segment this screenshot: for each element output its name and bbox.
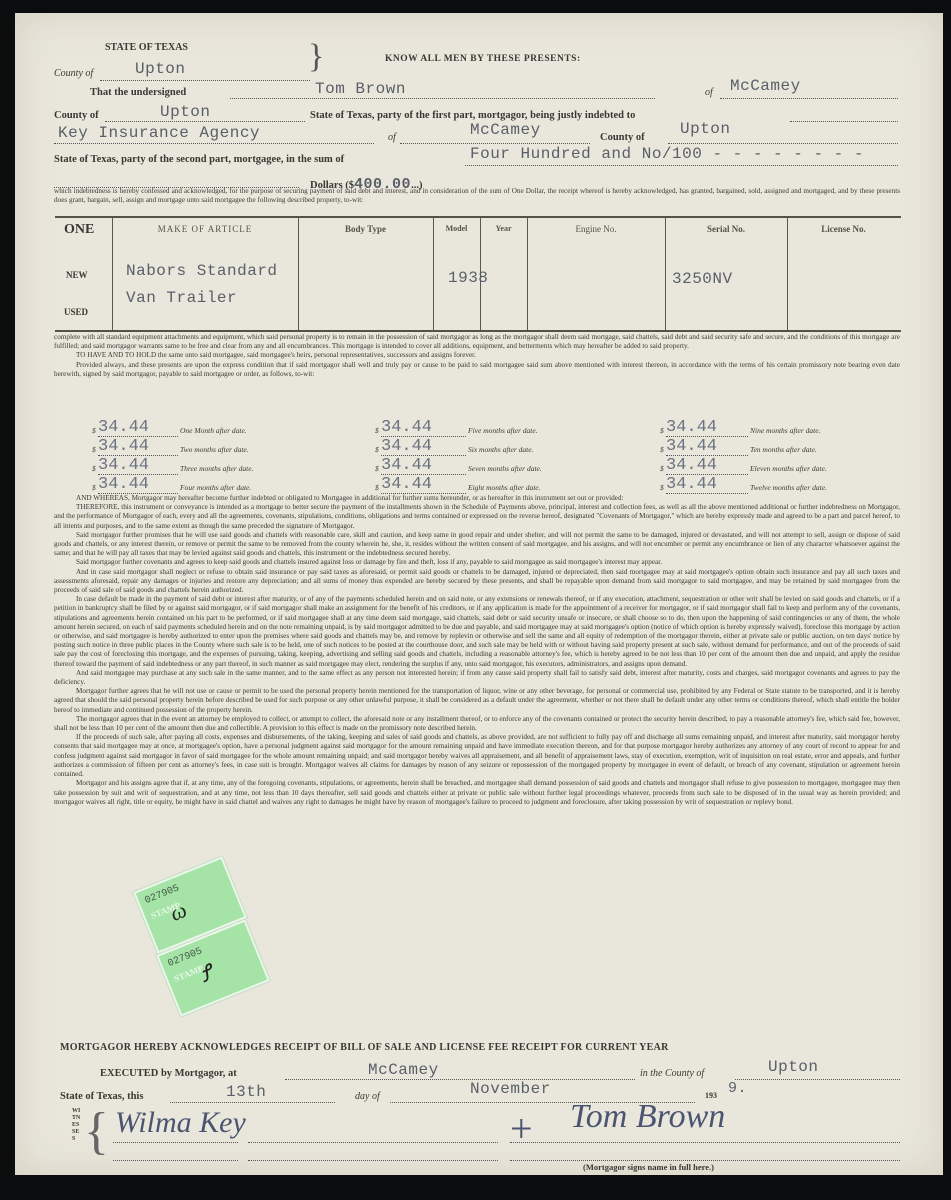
witness-line — [113, 1160, 238, 1161]
new-label: NEW — [66, 270, 88, 280]
witnesses-label: WITNESSES — [72, 1108, 82, 1143]
witness-brace: { — [84, 1102, 109, 1162]
currency-symbol: $ — [375, 464, 379, 473]
executed-county: Upton — [768, 1058, 819, 1076]
day-of-label: day of — [355, 1091, 380, 1102]
state-label: State of Texas, this — [60, 1091, 143, 1102]
col-divider — [433, 216, 434, 330]
currency-symbol: $ — [92, 464, 96, 473]
header-license-no: License No. — [787, 224, 900, 234]
installment-due-label: Twelve months after date. — [750, 483, 827, 492]
executed-label: EXECUTED by Mortgagor, at — [100, 1068, 237, 1079]
clauses-block: complete with all standard equipment att… — [54, 333, 900, 379]
currency-symbol: $ — [660, 464, 664, 473]
witness-line — [113, 1142, 238, 1143]
currency-symbol: $ — [92, 483, 96, 492]
make-line-2: Van Trailer — [126, 289, 237, 307]
installment-due-label: Eight months after date. — [468, 483, 541, 492]
currency-symbol: $ — [92, 445, 96, 454]
header-body-type: Body Type — [298, 224, 433, 234]
used-label: USED — [64, 307, 88, 317]
executed-city: McCamey — [368, 1061, 439, 1079]
header-serial-no: Serial No. — [665, 224, 787, 234]
mortgagee-county: Upton — [680, 120, 731, 138]
installment-due-label: Three months after date. — [180, 464, 253, 473]
currency-symbol: $ — [92, 426, 96, 435]
installment-amount: 34.44 — [381, 475, 432, 494]
to-have-clause: TO HAVE AND TO HOLD the same unto said m… — [54, 351, 900, 360]
know-all-heading: KNOW ALL MEN BY THESE PRESENTS: — [385, 54, 581, 64]
installment-amount: 34.44 — [381, 456, 432, 475]
mortgagee-city: McCamey — [470, 121, 541, 139]
conveyance-text: which indebtedness is hereby confessed a… — [54, 187, 900, 205]
witness-signature: Wilma Key — [115, 1106, 246, 1140]
month-value: November — [470, 1080, 551, 1098]
county-label: County of — [54, 68, 93, 79]
line — [400, 143, 590, 144]
installment-due-label: Nine months after date. — [750, 426, 820, 435]
line — [170, 1102, 335, 1103]
mortgagor-mark: + — [510, 1105, 533, 1152]
model-value: 1938 — [448, 269, 488, 287]
line — [720, 98, 898, 99]
installment-amount: 34.44 — [381, 418, 432, 437]
installment-due-label: One Month after date. — [180, 426, 247, 435]
equipment-clause: complete with all standard equipment att… — [54, 333, 900, 351]
installment-due-label: Four months after date. — [180, 483, 251, 492]
header-engine-no: Engine No. — [527, 224, 665, 234]
mortgagor-line — [510, 1142, 900, 1143]
brace: } — [308, 38, 324, 76]
mortgagor-signature: Tom Brown — [570, 1098, 725, 1136]
of-label: of — [705, 87, 713, 98]
installment-amount: 34.44 — [98, 418, 149, 437]
installment-due-label: Ten months after date. — [750, 445, 817, 454]
mortgagee-name: Key Insurance Agency — [58, 124, 260, 142]
header-make: MAKE OF ARTICLE — [112, 224, 298, 234]
installment-amount: 34.44 — [666, 418, 717, 437]
currency-symbol: $ — [660, 483, 664, 492]
witness-line — [248, 1160, 498, 1161]
header-model: Model — [433, 224, 480, 233]
line — [230, 98, 655, 99]
mortgagor-line — [510, 1160, 900, 1161]
sum-in-words: Four Hundred and No/100 - - - - - - - - — [470, 145, 864, 163]
witness-line — [248, 1142, 498, 1143]
installment-due-label: Eleven months after date. — [750, 464, 827, 473]
line — [668, 143, 898, 144]
county-of-label: County of — [600, 132, 645, 143]
mortgagor-caption: (Mortgagor signs name in full here.) — [583, 1162, 714, 1172]
currency-symbol: $ — [660, 445, 664, 454]
year-value: 9. — [728, 1080, 747, 1097]
county-of-label: County of — [54, 110, 99, 121]
mortgagor-city: McCamey — [730, 77, 801, 95]
installment-due-label: Seven months after date. — [468, 464, 542, 473]
one-label: ONE — [64, 222, 94, 238]
covenants-body: AND WHEREAS, Mortgagor may hereafter bec… — [54, 494, 900, 807]
mortgagor-county: Upton — [160, 103, 211, 121]
stamp-cancel-mark: ω — [166, 897, 190, 927]
undersigned-label: That the undersigned — [90, 87, 186, 98]
installment-amount: 34.44 — [98, 475, 149, 494]
county-value: Upton — [135, 60, 186, 78]
currency-symbol: $ — [375, 445, 379, 454]
currency-symbol: $ — [375, 483, 379, 492]
installment-amount: 34.44 — [98, 456, 149, 475]
line — [735, 1079, 900, 1080]
installment-due-label: Six months after date. — [468, 445, 533, 454]
make-line-1: Nabors Standard — [126, 262, 278, 280]
serial-no-value: 3250NV — [672, 270, 733, 288]
installment-due-label: Two months after date. — [180, 445, 249, 454]
installment-amount: 34.44 — [98, 437, 149, 456]
currency-symbol: $ — [375, 426, 379, 435]
first-part-text: State of Texas, party of the first part,… — [310, 110, 635, 121]
provided-clause: Provided always, and these presents are … — [54, 361, 900, 379]
county-label: in the County of — [640, 1068, 704, 1079]
installment-amount: 34.44 — [666, 456, 717, 475]
line — [54, 143, 374, 144]
currency-symbol: $ — [660, 426, 664, 435]
second-part-text: State of Texas, party of the second part… — [54, 154, 344, 165]
county-line — [100, 80, 310, 81]
state-heading: STATE OF TEXAS — [105, 42, 188, 53]
of-label: of — [388, 132, 396, 143]
line — [790, 121, 898, 122]
installment-due-label: Five months after date. — [468, 426, 538, 435]
installment-amount: 34.44 — [666, 475, 717, 494]
day-value: 13th — [226, 1083, 266, 1101]
mortgagor-name: Tom Brown — [315, 80, 406, 98]
line — [465, 165, 898, 166]
installment-amount: 34.44 — [666, 437, 717, 456]
installment-amount: 34.44 — [381, 437, 432, 456]
acknowledgement-text: MORTGAGOR HEREBY ACKNOWLEDGES RECEIPT OF… — [60, 1042, 669, 1053]
line — [285, 1079, 635, 1080]
line — [105, 121, 305, 122]
header-year: Year — [480, 224, 527, 233]
